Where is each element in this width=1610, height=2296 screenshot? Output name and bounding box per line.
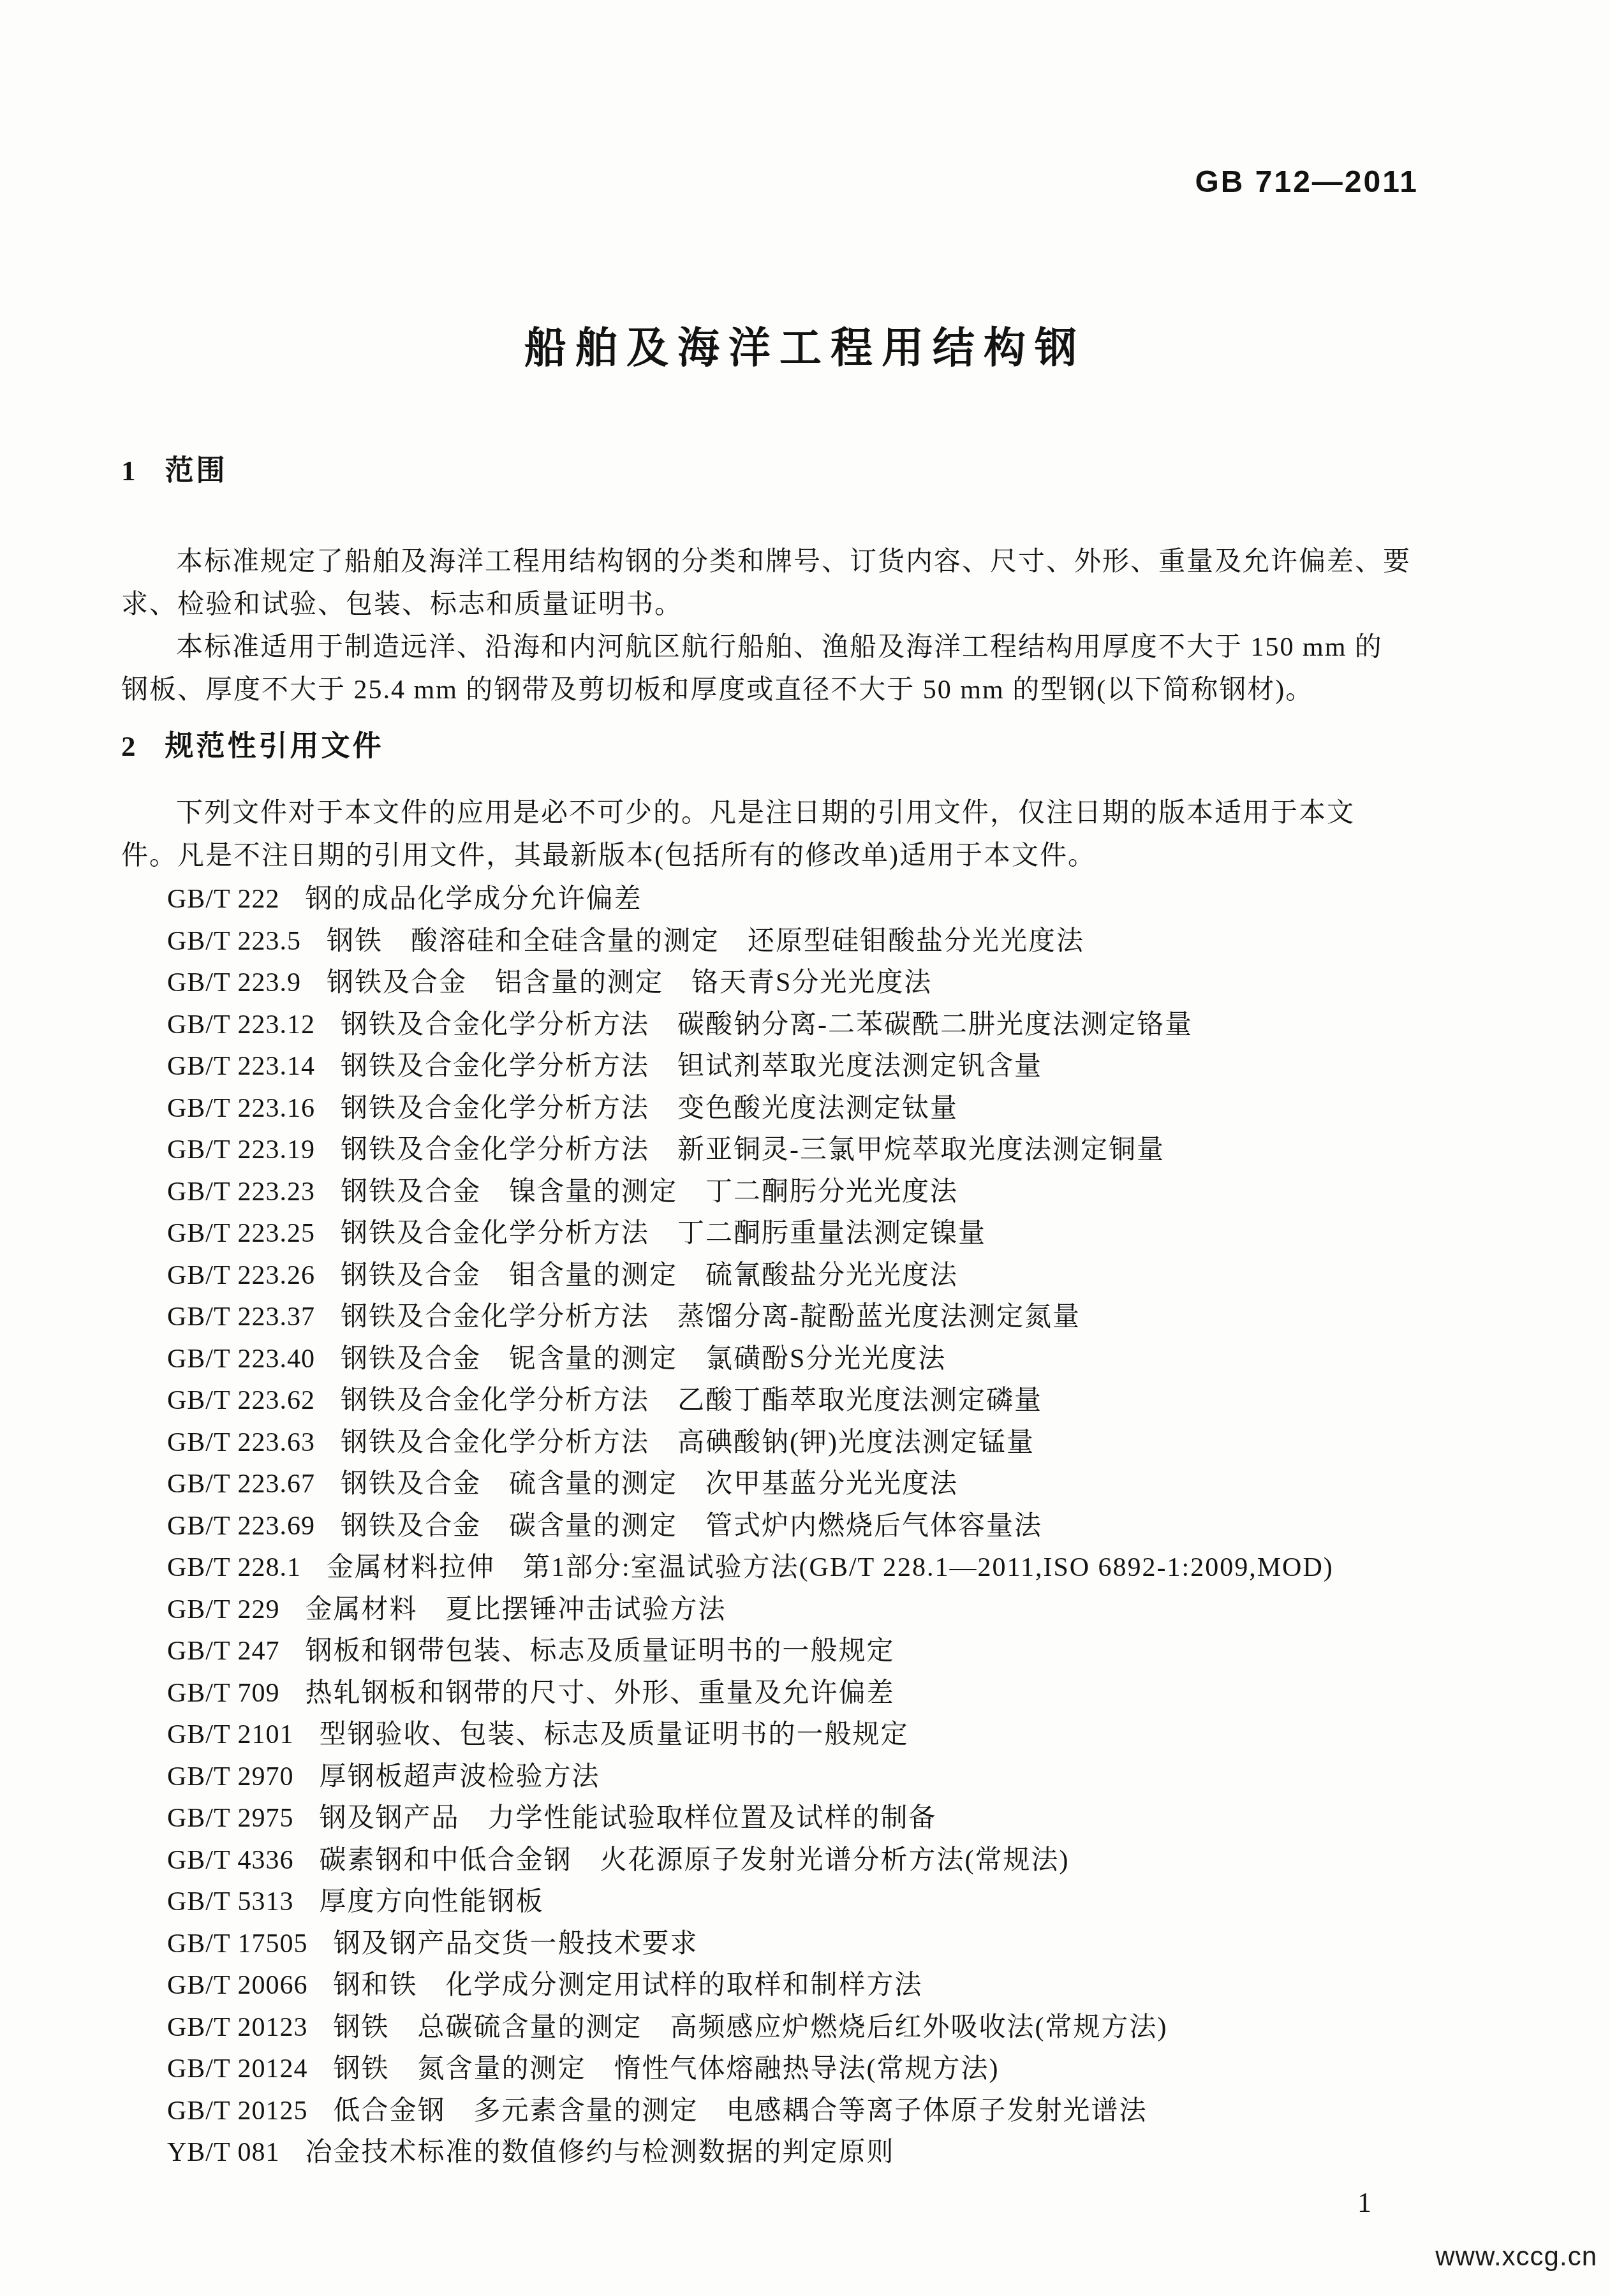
reference-item: GB/T 2975钢及钢产品 力学性能试验取样位置及试样的制备 xyxy=(121,1798,1491,1840)
reference-code: GB/T 223.62 xyxy=(167,1386,315,1415)
reference-item: GB/T 228.1金属材料拉伸 第1部分:室温试验方法(GB/T 228.1—… xyxy=(121,1547,1491,1589)
reference-item: GB/T 5313厚度方向性能钢板 xyxy=(121,1881,1491,1924)
reference-code: GB/T 223.26 xyxy=(167,1261,315,1290)
reference-code: GB/T 20123 xyxy=(167,2013,307,2042)
section-scope-heading: 1范围 xyxy=(121,454,1491,487)
reference-title: 钢铁及合金 镍含量的测定 丁二酮肟分光光度法 xyxy=(341,1177,958,1207)
reference-item: GB/T 223.14钢铁及合金化学分析方法 钽试剂萃取光度法测定钒含量 xyxy=(121,1046,1491,1088)
reference-title: 钢铁及合金化学分析方法 乙酸丁酯萃取光度法测定磷量 xyxy=(341,1386,1042,1415)
reference-item: GB/T 223.16钢铁及合金化学分析方法 变色酸光度法测定钛量 xyxy=(121,1088,1491,1130)
reference-item: GB/T 2970厚钢板超声波检验方法 xyxy=(121,1756,1491,1799)
reference-title: 碳素钢和中低合金钢 火花源原子发射光谱分析方法(常规法) xyxy=(319,1846,1069,1875)
reference-title: 钢铁 氮含量的测定 惰性气体熔融热导法(常规方法) xyxy=(333,2054,999,2084)
reference-title: 钢铁及合金化学分析方法 高碘酸钠(钾)光度法测定锰量 xyxy=(341,1428,1035,1457)
reference-code: GB/T 222 xyxy=(167,885,279,914)
watermark: www.xccg.cn xyxy=(1435,2241,1597,2272)
reference-item: GB/T 20124钢铁 氮含量的测定 惰性气体熔融热导法(常规方法) xyxy=(121,2049,1491,2091)
page-content: 1范围 本标准规定了船舶及海洋工程用结构钢的分类和牌号、订货内容、尺寸、外形、重… xyxy=(121,454,1491,2174)
reference-code: GB/T 20125 xyxy=(167,2096,307,2126)
reference-item: GB/T 20066钢和铁 化学成分测定用试样的取样和制样方法 xyxy=(121,1965,1491,2007)
reference-title: 低合金钢 多元素含量的测定 电感耦合等离子体原子发射光谱法 xyxy=(333,2096,1147,2126)
reference-item: GB/T 223.25钢铁及合金化学分析方法 丁二酮肟重量法测定镍量 xyxy=(121,1213,1491,1255)
reference-item: GB/T 223.40钢铁及合金 铌含量的测定 氯磺酚S分光光度法 xyxy=(121,1339,1491,1381)
reference-title: 钢铁及合金化学分析方法 变色酸光度法测定钛量 xyxy=(341,1094,958,1123)
text-line: 本标准规定了船舶及海洋工程用结构钢的分类和牌号、订货内容、尺寸、外形、重量及允许… xyxy=(121,547,1411,577)
reference-title: 钢铁 酸溶硅和全硅含量的测定 还原型硅钼酸盐分光光度法 xyxy=(327,927,1084,956)
reference-code: GB/T 223.37 xyxy=(167,1302,315,1332)
reference-item: GB/T 223.63钢铁及合金化学分析方法 高碘酸钠(钾)光度法测定锰量 xyxy=(121,1422,1491,1464)
references-intro: 下列文件对于本文件的应用是必不可少的。凡是注日期的引用文件，仅注日期的版本适用于… xyxy=(121,792,1491,878)
reference-title: 钢及钢产品 力学性能试验取样位置及试样的制备 xyxy=(319,1804,936,1833)
reference-title: 钢铁及合金 硫含量的测定 次甲基蓝分光光度法 xyxy=(341,1469,958,1499)
reference-title: 钢铁及合金化学分析方法 蒸馏分离-靛酚蓝光度法测定氮量 xyxy=(341,1302,1081,1332)
reference-title: 型钢验收、包装、标志及质量证明书的一般规定 xyxy=(319,1720,908,1749)
reference-code: YB/T 081 xyxy=(167,2138,279,2167)
reference-item: GB/T 2101型钢验收、包装、标志及质量证明书的一般规定 xyxy=(121,1714,1491,1756)
reference-title: 钢铁及合金化学分析方法 碳酸钠分离-二苯碳酰二肼光度法测定铬量 xyxy=(341,1010,1193,1040)
reference-item: GB/T 247钢板和钢带包装、标志及质量证明书的一般规定 xyxy=(121,1631,1491,1673)
standard-code: GB 712—2011 xyxy=(1195,165,1419,200)
reference-title: 钢铁及合金 碳含量的测定 管式炉内燃烧后气体容量法 xyxy=(341,1512,1042,1541)
reference-code: GB/T 223.23 xyxy=(167,1177,315,1207)
reference-item: YB/T 081冶金技术标准的数值修约与检测数据的判定原则 xyxy=(121,2132,1491,2174)
reference-title: 钢铁及合金 铝含量的测定 铬天青S分光光度法 xyxy=(327,968,932,997)
reference-title: 厚度方向性能钢板 xyxy=(319,1887,543,1917)
text-line: 件。凡是不注日期的引用文件，其最新版本(包括所有的修改单)适用于本文件。 xyxy=(121,841,1096,871)
reference-code: GB/T 223.63 xyxy=(167,1428,315,1457)
section-scope-title: 范围 xyxy=(165,454,228,487)
reference-item: GB/T 223.9钢铁及合金 铝含量的测定 铬天青S分光光度法 xyxy=(121,962,1491,1004)
reference-title: 钢及钢产品交货一般技术要求 xyxy=(333,1929,698,1959)
scope-paragraph-2: 本标准适用于制造远洋、沿海和内河航区航行船舶、渔船及海洋工程结构用厚度不大于 1… xyxy=(121,626,1491,712)
reference-item: GB/T 229金属材料 夏比摆锤冲击试验方法 xyxy=(121,1589,1491,1631)
reference-code: GB/T 223.19 xyxy=(167,1135,315,1165)
reference-item: GB/T 222钢的成品化学成分允许偏差 xyxy=(121,879,1491,921)
reference-title: 钢铁及合金化学分析方法 新亚铜灵-三氯甲烷萃取光度法测定铜量 xyxy=(341,1135,1165,1165)
reference-item: GB/T 17505钢及钢产品交货一般技术要求 xyxy=(121,1924,1491,1966)
reference-code: GB/T 2975 xyxy=(167,1804,293,1833)
reference-code: GB/T 228.1 xyxy=(167,1553,301,1582)
reference-code: GB/T 2101 xyxy=(167,1720,293,1749)
reference-item: GB/T 4336碳素钢和中低合金钢 火花源原子发射光谱分析方法(常规法) xyxy=(121,1840,1491,1882)
reference-title: 钢铁及合金 铌含量的测定 氯磺酚S分光光度法 xyxy=(341,1344,946,1374)
reference-title: 冶金技术标准的数值修约与检测数据的判定原则 xyxy=(305,2138,894,2167)
reference-code: GB/T 2970 xyxy=(167,1762,293,1792)
reference-code: GB/T 223.14 xyxy=(167,1052,315,1081)
scope-paragraph-1: 本标准规定了船舶及海洋工程用结构钢的分类和牌号、订货内容、尺寸、外形、重量及允许… xyxy=(121,541,1491,626)
reference-item: GB/T 223.5钢铁 酸溶硅和全硅含量的测定 还原型硅钼酸盐分光光度法 xyxy=(121,921,1491,963)
document-title: 船舶及海洋工程用结构钢 xyxy=(0,314,1610,374)
text-line: 本标准适用于制造远洋、沿海和内河航区航行船舶、渔船及海洋工程结构用厚度不大于 1… xyxy=(121,633,1383,662)
text-line: 钢板、厚度不大于 25.4 mm 的钢带及剪切板和厚度或直径不大于 50 mm … xyxy=(121,675,1313,705)
reference-item: GB/T 223.69钢铁及合金 碳含量的测定 管式炉内燃烧后气体容量法 xyxy=(121,1506,1491,1548)
reference-item: GB/T 223.12钢铁及合金化学分析方法 碳酸钠分离-二苯碳酰二肼光度法测定… xyxy=(121,1004,1491,1047)
reference-code: GB/T 223.5 xyxy=(167,927,301,956)
reference-code: GB/T 223.12 xyxy=(167,1010,315,1040)
reference-title: 金属材料拉伸 第1部分:室温试验方法(GB/T 228.1—2011,ISO 6… xyxy=(327,1553,1334,1582)
document-page: GB 712—2011 船舶及海洋工程用结构钢 1范围 本标准规定了船舶及海洋工… xyxy=(0,0,1610,2296)
reference-title: 钢铁及合金化学分析方法 丁二酮肟重量法测定镍量 xyxy=(341,1219,986,1248)
reference-title: 钢板和钢带包装、标志及质量证明书的一般规定 xyxy=(305,1637,894,1666)
reference-item: GB/T 223.67钢铁及合金 硫含量的测定 次甲基蓝分光光度法 xyxy=(121,1464,1491,1506)
text-line: 求、检验和试验、包装、标志和质量证明书。 xyxy=(121,590,683,619)
reference-code: GB/T 4336 xyxy=(167,1846,293,1875)
reference-code: GB/T 17505 xyxy=(167,1929,307,1959)
reference-item: GB/T 20123钢铁 总碳硫含量的测定 高频感应炉燃烧后红外吸收法(常规方法… xyxy=(121,2007,1491,2049)
reference-title: 厚钢板超声波检验方法 xyxy=(319,1762,600,1792)
reference-code: GB/T 223.69 xyxy=(167,1512,315,1541)
reference-item: GB/T 223.37钢铁及合金化学分析方法 蒸馏分离-靛酚蓝光度法测定氮量 xyxy=(121,1297,1491,1339)
reference-item: GB/T 20125低合金钢 多元素含量的测定 电感耦合等离子体原子发射光谱法 xyxy=(121,2091,1491,2133)
reference-code: GB/T 223.16 xyxy=(167,1094,315,1123)
text-line: 下列文件对于本文件的应用是必不可少的。凡是注日期的引用文件，仅注日期的版本适用于… xyxy=(121,798,1355,828)
section-references-title: 规范性引用文件 xyxy=(165,730,384,762)
reference-title: 热轧钢板和钢带的尺寸、外形、重量及允许偏差 xyxy=(305,1679,894,1708)
reference-title: 钢的成品化学成分允许偏差 xyxy=(305,885,642,914)
reference-item: GB/T 223.26钢铁及合金 钼含量的测定 硫氰酸盐分光光度法 xyxy=(121,1255,1491,1297)
reference-code: GB/T 223.40 xyxy=(167,1344,315,1374)
reference-title: 钢铁及合金 钼含量的测定 硫氰酸盐分光光度法 xyxy=(341,1261,958,1290)
reference-code: GB/T 223.67 xyxy=(167,1469,315,1499)
reference-title: 钢铁 总碳硫含量的测定 高频感应炉燃烧后红外吸收法(常规方法) xyxy=(333,2013,1167,2042)
reference-code: GB/T 223.9 xyxy=(167,968,301,997)
section-references-number: 2 xyxy=(121,730,138,763)
reference-code: GB/T 20124 xyxy=(167,2054,307,2084)
section-references-heading: 2规范性引用文件 xyxy=(121,730,1491,763)
reference-code: GB/T 709 xyxy=(167,1679,279,1708)
reference-item: GB/T 223.62钢铁及合金化学分析方法 乙酸丁酯萃取光度法测定磷量 xyxy=(121,1380,1491,1422)
reference-code: GB/T 20066 xyxy=(167,1971,307,2000)
reference-code: GB/T 5313 xyxy=(167,1887,293,1917)
reference-title: 金属材料 夏比摆锤冲击试验方法 xyxy=(305,1595,726,1624)
reference-code: GB/T 247 xyxy=(167,1637,279,1666)
references-list: GB/T 222钢的成品化学成分允许偏差GB/T 223.5钢铁 酸溶硅和全硅含… xyxy=(121,879,1491,2174)
reference-title: 钢和铁 化学成分测定用试样的取样和制样方法 xyxy=(333,1971,922,2000)
reference-item: GB/T 223.19钢铁及合金化学分析方法 新亚铜灵-三氯甲烷萃取光度法测定铜… xyxy=(121,1130,1491,1172)
reference-title: 钢铁及合金化学分析方法 钽试剂萃取光度法测定钒含量 xyxy=(341,1052,1042,1081)
section-scope-number: 1 xyxy=(121,454,138,487)
reference-item: GB/T 223.23钢铁及合金 镍含量的测定 丁二酮肟分光光度法 xyxy=(121,1172,1491,1214)
reference-item: GB/T 709热轧钢板和钢带的尺寸、外形、重量及允许偏差 xyxy=(121,1673,1491,1715)
reference-code: GB/T 223.25 xyxy=(167,1219,315,1248)
reference-code: GB/T 229 xyxy=(167,1595,279,1624)
page-number: 1 xyxy=(1357,2186,1371,2219)
